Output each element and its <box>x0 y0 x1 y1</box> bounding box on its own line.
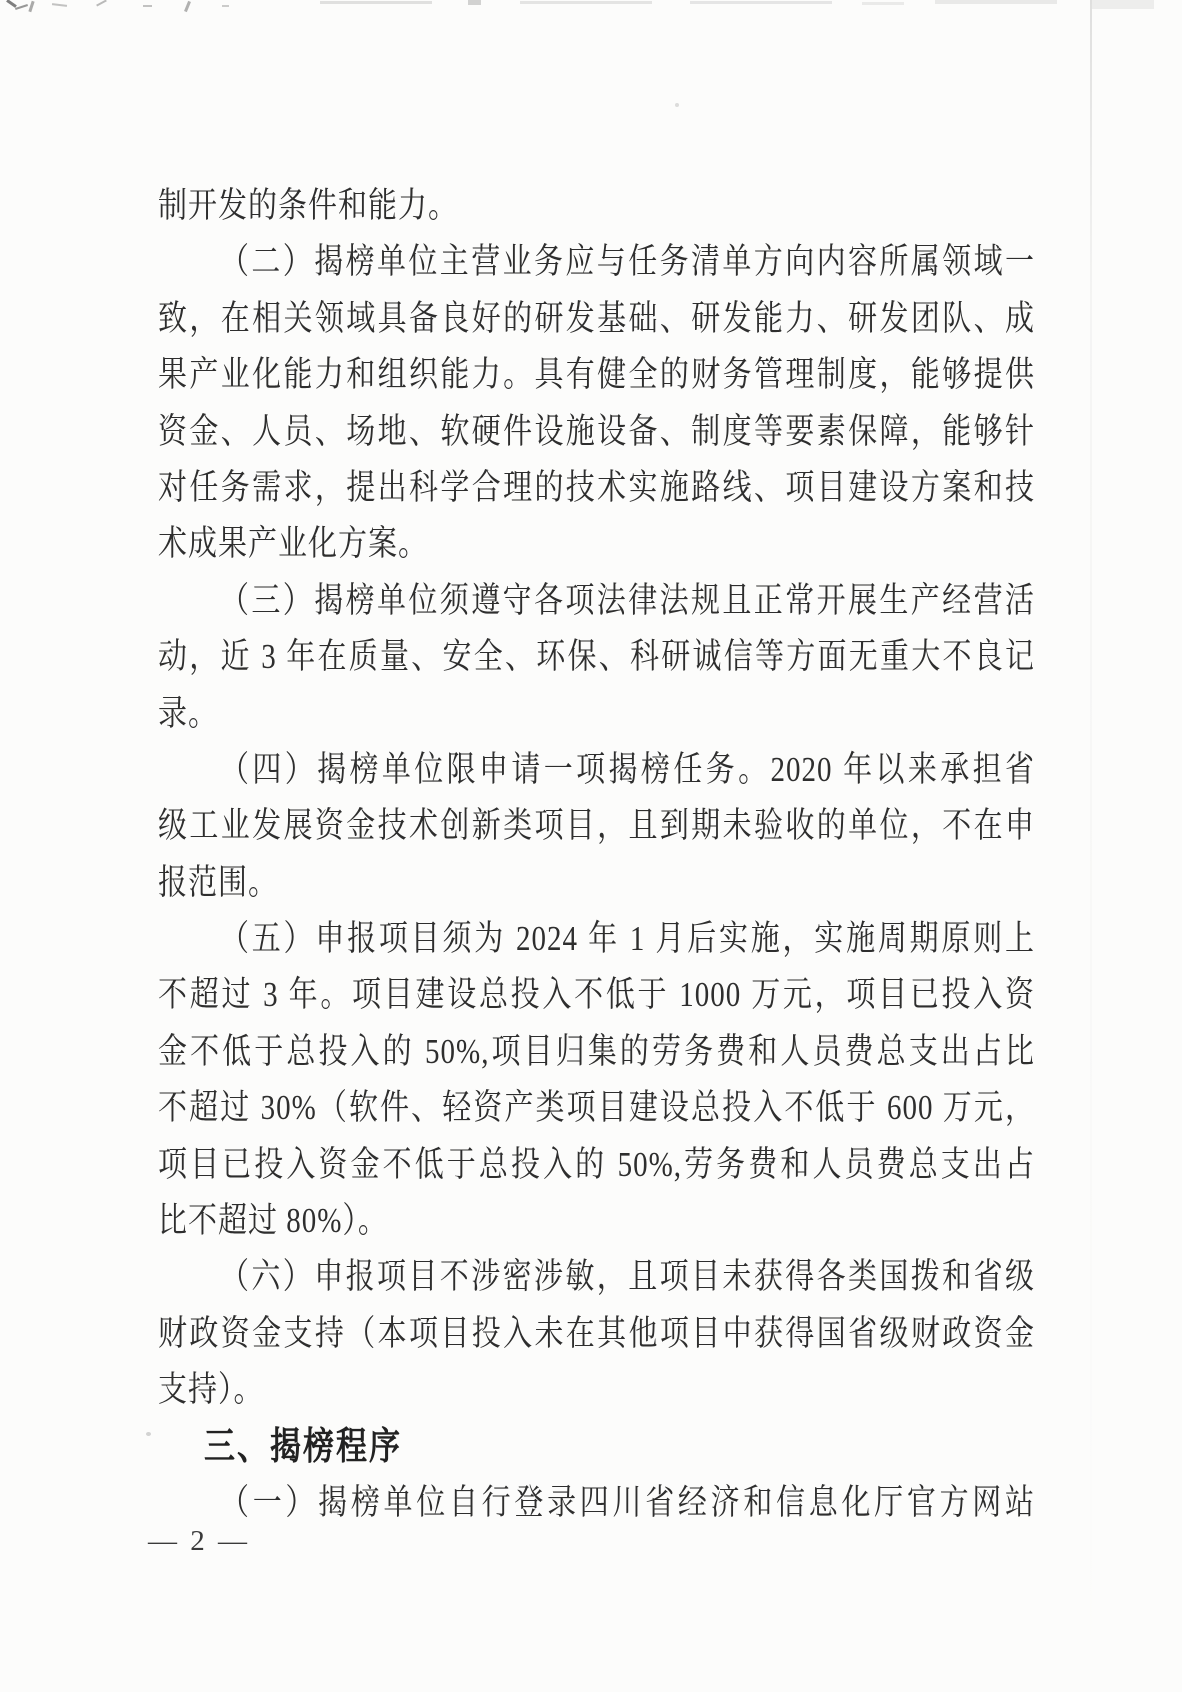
scan-artifact <box>935 0 1057 4</box>
scan-artifact <box>690 1 832 4</box>
page-number: — 2 — <box>148 1513 250 1569</box>
scan-artifact <box>96 0 107 6</box>
scan-artifact <box>520 1 652 4</box>
scan-artifact <box>143 5 152 7</box>
scan-artifact <box>222 5 229 7</box>
scan-artifact <box>28 1 34 12</box>
scan-artifact <box>15 4 28 10</box>
scan-artifact <box>862 2 904 5</box>
scan-artifact <box>6 0 17 8</box>
document-body: 制开发的条件和能力。（二）揭榜单位主营业务应与任务清单方向内容所属领域一致，在相… <box>158 178 1035 1531</box>
scan-speck <box>146 1432 151 1436</box>
scan-speck <box>675 103 679 107</box>
scan-fold-line <box>1090 0 1092 1692</box>
scan-artifact <box>468 0 481 5</box>
scan-artifact <box>1092 0 1154 9</box>
document-page: 制开发的条件和能力。（二）揭榜单位主营业务应与任务清单方向内容所属领域一致，在相… <box>0 0 1182 1692</box>
scan-artifact <box>52 3 67 7</box>
scan-artifact <box>184 1 191 12</box>
scan-artifact <box>320 1 432 4</box>
text-line: （一）揭榜单位自行登录四川省经济和信息化厅官方网站 <box>158 1469 1035 1538</box>
